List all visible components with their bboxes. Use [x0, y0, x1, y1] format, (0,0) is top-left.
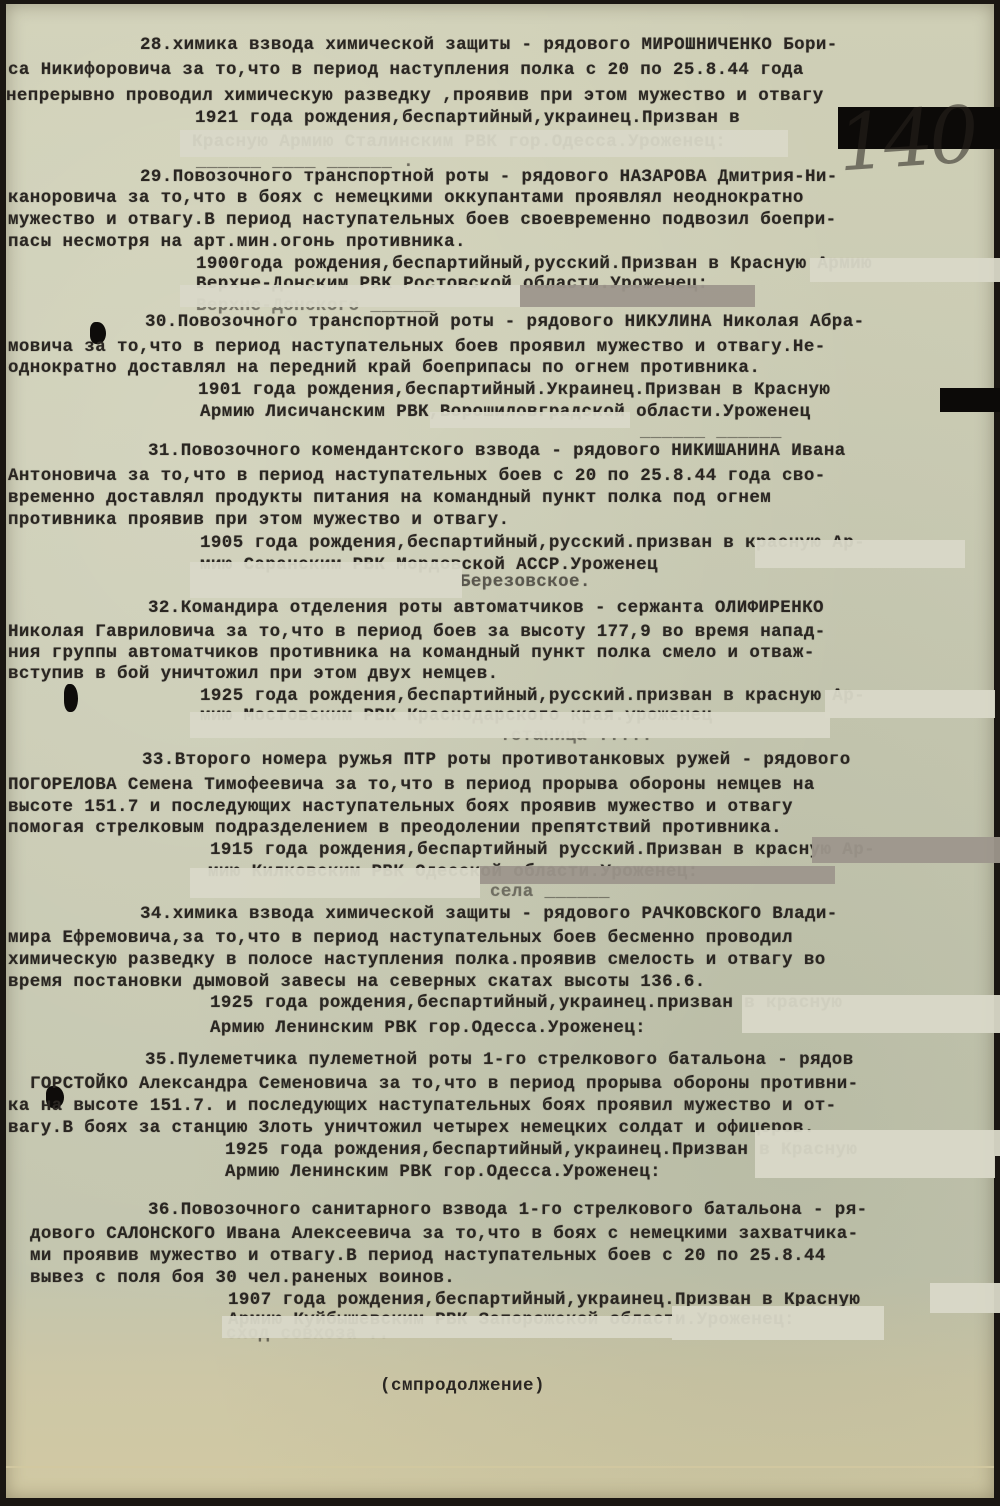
redaction-box	[180, 285, 520, 307]
entry-line: мужество и отвагу.В период наступательны…	[8, 210, 837, 230]
entry-line: 34.химика взвода химической защиты - ряд…	[140, 904, 838, 924]
entry-line: мира Ефремовича,за то,что в период насту…	[8, 928, 793, 948]
entry-line: вагу.В боях за станцию Злоть уничтожил ч…	[8, 1118, 815, 1138]
entry-line: пасы несмотря на арт.мин.огонь противник…	[8, 232, 466, 252]
redaction-box	[180, 130, 788, 157]
entry-line: временно доставлял продукты питания на к…	[8, 488, 771, 508]
entry-line: 1901 года рождения,беспартийный.Украинец…	[198, 380, 830, 400]
entry-line: ГОРСТОЙКО Александра Семеновича за то,чт…	[30, 1074, 859, 1094]
partial-line: Березовское.	[460, 572, 591, 592]
entry-line: 28.химика взвода химической защиты - ряд…	[140, 35, 838, 55]
entry-line: 35.Пулеметчика пулеметной роты 1-го стре…	[145, 1050, 854, 1070]
entry-line: противника проявив при этом мужество и о…	[8, 510, 509, 530]
entry-line: 1921 года рождения,беспартийный,украинец…	[195, 108, 740, 128]
entry-line: однократно доставлял на передний край бо…	[8, 358, 760, 378]
entry-line: 1925 года рождения,беспартийный,русский.…	[200, 686, 865, 706]
entry-line: ния группы автоматчиков противника на ко…	[8, 643, 815, 663]
redaction-box	[430, 412, 630, 428]
entry-line: 36.Повозочного санитарного взвода 1-го с…	[148, 1200, 868, 1220]
entry-line: 1915 года рождения,беспартийный русский.…	[210, 840, 875, 860]
redaction-box	[190, 868, 480, 898]
entry-line: помогая стрелковым подразделением в прео…	[8, 818, 782, 838]
fold-line	[6, 1466, 994, 1468]
entry-line: Армию Ленинским РВК гор.Одесса.Уроженец:	[210, 1018, 646, 1038]
entry-line: химическую разведку в полосе наступления…	[8, 950, 826, 970]
ink-blot	[64, 684, 78, 712]
entry-line: Антоновича за то,что в период наступател…	[8, 466, 826, 486]
entry-line: непрерывно проводил химическую разведку …	[6, 86, 824, 106]
redaction-bar	[940, 388, 1000, 412]
redaction-box	[190, 712, 830, 738]
entry-line: время постановки дымовой завесы на север…	[8, 972, 706, 992]
redaction-box	[742, 995, 1000, 1033]
entry-line: каноровича за то,что в боях с немецкими …	[8, 188, 804, 208]
entry-line: 31.Повозочного комендантского взвода - р…	[148, 441, 846, 461]
redaction-box	[755, 540, 965, 568]
handwritten-stamp: 140	[835, 94, 971, 188]
entry-line: 33.Второго номера ружья ПТР роты противо…	[142, 750, 851, 770]
redaction-box	[755, 1130, 1000, 1156]
redaction-box	[810, 258, 1000, 282]
entry-line: 32.Командира отделения роты автоматчиков…	[148, 598, 824, 618]
redaction-box	[930, 1283, 1000, 1313]
redaction-box	[520, 285, 755, 307]
entry-line: ПОГОРЕЛОВА Семена Тимофеевича за то,что …	[8, 775, 815, 795]
redaction-box	[755, 1156, 995, 1178]
entry-line: вывез с поля боя 30 чел.раненых воинов.	[30, 1268, 455, 1288]
entry-line: вступив в бой уничтожил при этом двух не…	[8, 664, 499, 684]
redaction-box	[672, 1306, 884, 1340]
continuation-note: (смпродолжение)	[380, 1376, 545, 1396]
entry-line: са Никифоровича за то,что в период насту…	[8, 60, 804, 80]
partial-line: ______ ______	[640, 422, 782, 442]
redaction-box	[812, 837, 1000, 863]
entry-line: 29.Повозочного транспортной роты - рядов…	[140, 167, 838, 187]
redaction-box	[825, 690, 995, 718]
entry-line: высоте 151.7 и последующих наступательны…	[8, 797, 793, 817]
entry-line: ка на высоте 151.7. и последующих наступ…	[8, 1096, 837, 1116]
partial-line: села ______	[490, 882, 610, 902]
entry-line: ми проявив мужество и отвагу.В период на…	[30, 1246, 826, 1266]
entry-line: Армию Ленинским РВК гор.Одесса.Уроженец:	[225, 1162, 661, 1182]
entry-line: мовича за то,что в период наступательных…	[8, 337, 826, 357]
redaction-box	[190, 562, 462, 598]
redaction-box	[480, 866, 835, 884]
entry-line: 30.Повозочного транспортной роты - рядов…	[145, 312, 865, 332]
redaction-box	[222, 1316, 672, 1338]
entry-line: Николая Гавриловича за то,что в период б…	[8, 622, 826, 642]
entry-line: дового САЛОНСКОГО Ивана Алексеевича за т…	[30, 1224, 859, 1244]
entry-line: 1900года рождения,беспартийный,русский.П…	[196, 254, 872, 274]
